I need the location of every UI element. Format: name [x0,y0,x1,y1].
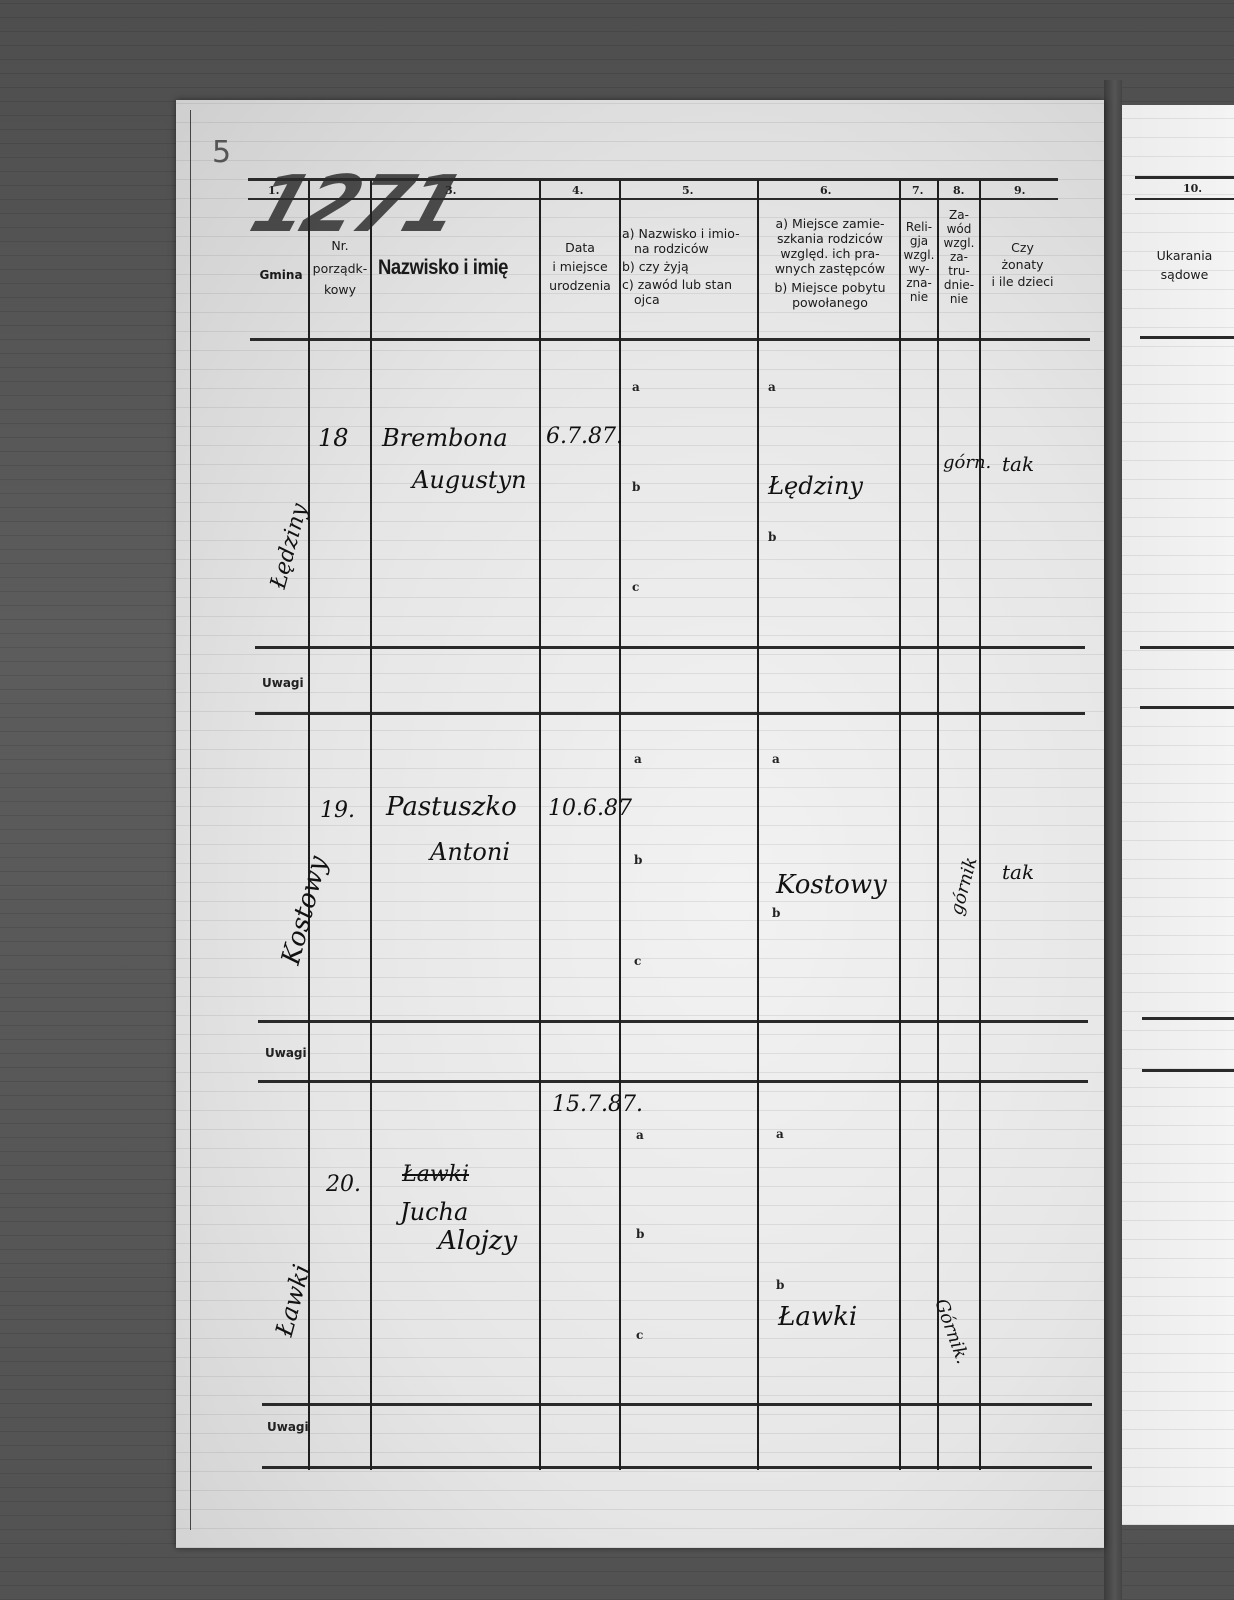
col-number-9: 9. [1014,184,1025,197]
row2-bottom-rule [258,1020,1088,1023]
facing-row-rule-4 [1142,1069,1234,1072]
row3-bottom-rule [262,1403,1092,1406]
header-gmina: Gmina [256,268,306,283]
entry3-surname-struck: Ławki [402,1162,469,1187]
row1-bottom-rule [255,646,1085,649]
header-occupation-line5: tru- [938,264,980,278]
facing-page [1122,105,1234,1525]
entry2-surname: Pastuszko [386,792,517,822]
book-gutter [1104,80,1122,1600]
header-occupation-line7: nie [938,292,980,306]
col-number-10: 10. [1183,182,1202,195]
col-divider-4 [619,180,621,1470]
header-nr: Nr. porządk- kowy [310,238,370,297]
col-number-4: 4. [572,184,583,197]
col-number-8: 8. [953,184,964,197]
entry2-marital: tak [1002,860,1034,884]
row1-parents-a: a [632,380,640,394]
header-religion-line5: zna- [900,276,938,290]
header-parents-line2: na rodziców [622,241,758,256]
header-birth-line2: i miejsce [541,259,619,274]
row2-residence-a: a [772,752,780,766]
archive-stamp-number: 1271 [240,160,470,250]
header-occupation-line3: wzgl. [938,236,980,250]
header-residence: a) Miejsce zamie- szkania rodziców wzglę… [760,216,900,310]
header-residence-line5: b) Miejsce pobytu [760,280,900,295]
facing-row-rule-1 [1140,646,1234,649]
header-nazwisko: Nazwisko i imię [378,256,508,280]
header-occupation-line6: dnie- [938,278,980,292]
header-religion-line1: Reli- [900,220,938,234]
row1-parents-b: b [632,480,640,494]
col-number-7: 7. [912,184,923,197]
entry3-birth-date: 15.7.87. [552,1092,643,1117]
row3-remarks-bottom-rule [262,1466,1092,1469]
facing-header-bottom-rule [1140,336,1234,339]
header-religion: Reli- gja wzgl. wy- zna- nie [900,220,938,304]
facing-row-rule-2 [1140,706,1234,709]
row1-remarks-bottom-rule [255,712,1085,715]
header-religion-line6: nie [900,290,938,304]
header-religion-line2: gja [900,234,938,248]
entry1-first-name: Augustyn [412,466,527,494]
row1-parents-c: c [632,580,639,594]
row2-residence-b: b [772,906,780,920]
col-number-5: 5. [682,184,693,197]
header-residence-line4: wnych zastępców [760,261,900,276]
col-number-1: 1. [268,184,279,197]
facing-header-colnum-rule [1135,198,1234,200]
header-occupation-line4: za- [938,250,980,264]
header-religion-line4: wy- [900,262,938,276]
row1-residence-b: b [768,530,776,544]
entry1-marital: tak [1002,452,1034,476]
header-residence-line3: względ. ich pra- [760,246,900,261]
row3-residence-a: a [776,1127,784,1141]
col-divider-8 [979,180,981,1470]
header-parents-line3: b) czy żyją [622,259,758,274]
col-divider-7 [937,180,939,1470]
header-marital-line3: i ile dzieci [980,274,1065,289]
entry2-first-name: Antoni [430,838,510,866]
header-occupation-line2: wód [938,222,980,236]
row1-residence-a: a [768,380,776,394]
entry1-birth-date: 6.7.87. [546,424,623,449]
entry3-first-name: Alojzy [438,1226,517,1256]
header-parents-line4: c) zawód lub stan [622,277,758,292]
header-birth: Data i miejsce urodzenia [541,240,619,293]
entry1-occupation: górn. [943,452,991,473]
row3-residence-b: b [776,1278,784,1292]
header-marital-line1: Czy [980,240,1065,255]
page-corner-number: 5 [212,135,231,170]
row2-remarks-bottom-rule [258,1080,1088,1083]
header-convictions: Ukarania sądowe [1135,248,1234,282]
header-convictions-line1: Ukarania [1135,248,1234,263]
row3-parents-a: a [636,1128,644,1142]
header-nr-line1: Nr. [310,238,370,253]
header-residence-line2: szkania rodziców [760,231,900,246]
row2-remarks-label: Uwagi [265,1046,307,1060]
entry3-surname: Jucha [400,1198,468,1226]
header-nr-line2: porządk- [310,261,370,276]
row3-parents-b: b [636,1227,644,1241]
entry1-nr: 18 [318,424,349,452]
row3-remarks-label: Uwagi [267,1420,309,1434]
header-occupation-line1: Za- [938,208,980,222]
entry2-nr: 19. [320,798,355,823]
col-number-3: 3. [445,184,456,197]
facing-header-top-rule [1135,176,1234,179]
header-occupation: Za- wód wzgl. za- tru- dnie- nie [938,208,980,306]
row2-parents-c: c [634,954,641,968]
row2-parents-a: a [634,752,642,766]
header-nr-line3: kowy [310,282,370,297]
header-birth-line1: Data [541,240,619,255]
entry3-nr: 20. [326,1172,361,1197]
header-parents-line1: a) Nazwisko i imio- [622,226,758,241]
header-parents-line5: ojca [622,292,758,307]
col-divider-2 [370,180,372,1470]
col-number-6: 6. [820,184,831,197]
facing-row-rule-3 [1142,1017,1234,1020]
col-divider-6 [899,180,901,1470]
header-marital: Czy żonaty i ile dzieci [980,240,1065,289]
row1-remarks-label: Uwagi [262,676,304,690]
header-marital-line2: żonaty [980,257,1065,272]
entry1-surname: Brembona [382,424,508,452]
header-convictions-line2: sądowe [1135,267,1234,282]
row2-parents-b: b [634,853,642,867]
header-religion-line3: wzgl. [900,248,938,262]
entry2-residence: Kostowy [776,870,887,900]
entry2-birth-date: 10.6.87 [548,796,632,821]
row3-parents-c: c [636,1328,643,1342]
header-parents: a) Nazwisko i imio- na rodziców b) czy ż… [622,226,758,307]
page-margin-line [190,110,191,1530]
header-birth-line3: urodzenia [541,278,619,293]
col-divider-3 [539,180,541,1470]
header-residence-line6: powołanego [760,295,900,310]
col-divider-5 [757,180,759,1470]
header-bottom-rule [250,338,1090,341]
entry1-residence: Łędziny [768,472,863,500]
entry3-residence: Ławki [778,1302,857,1332]
header-residence-line1: a) Miejsce zamie- [760,216,900,231]
